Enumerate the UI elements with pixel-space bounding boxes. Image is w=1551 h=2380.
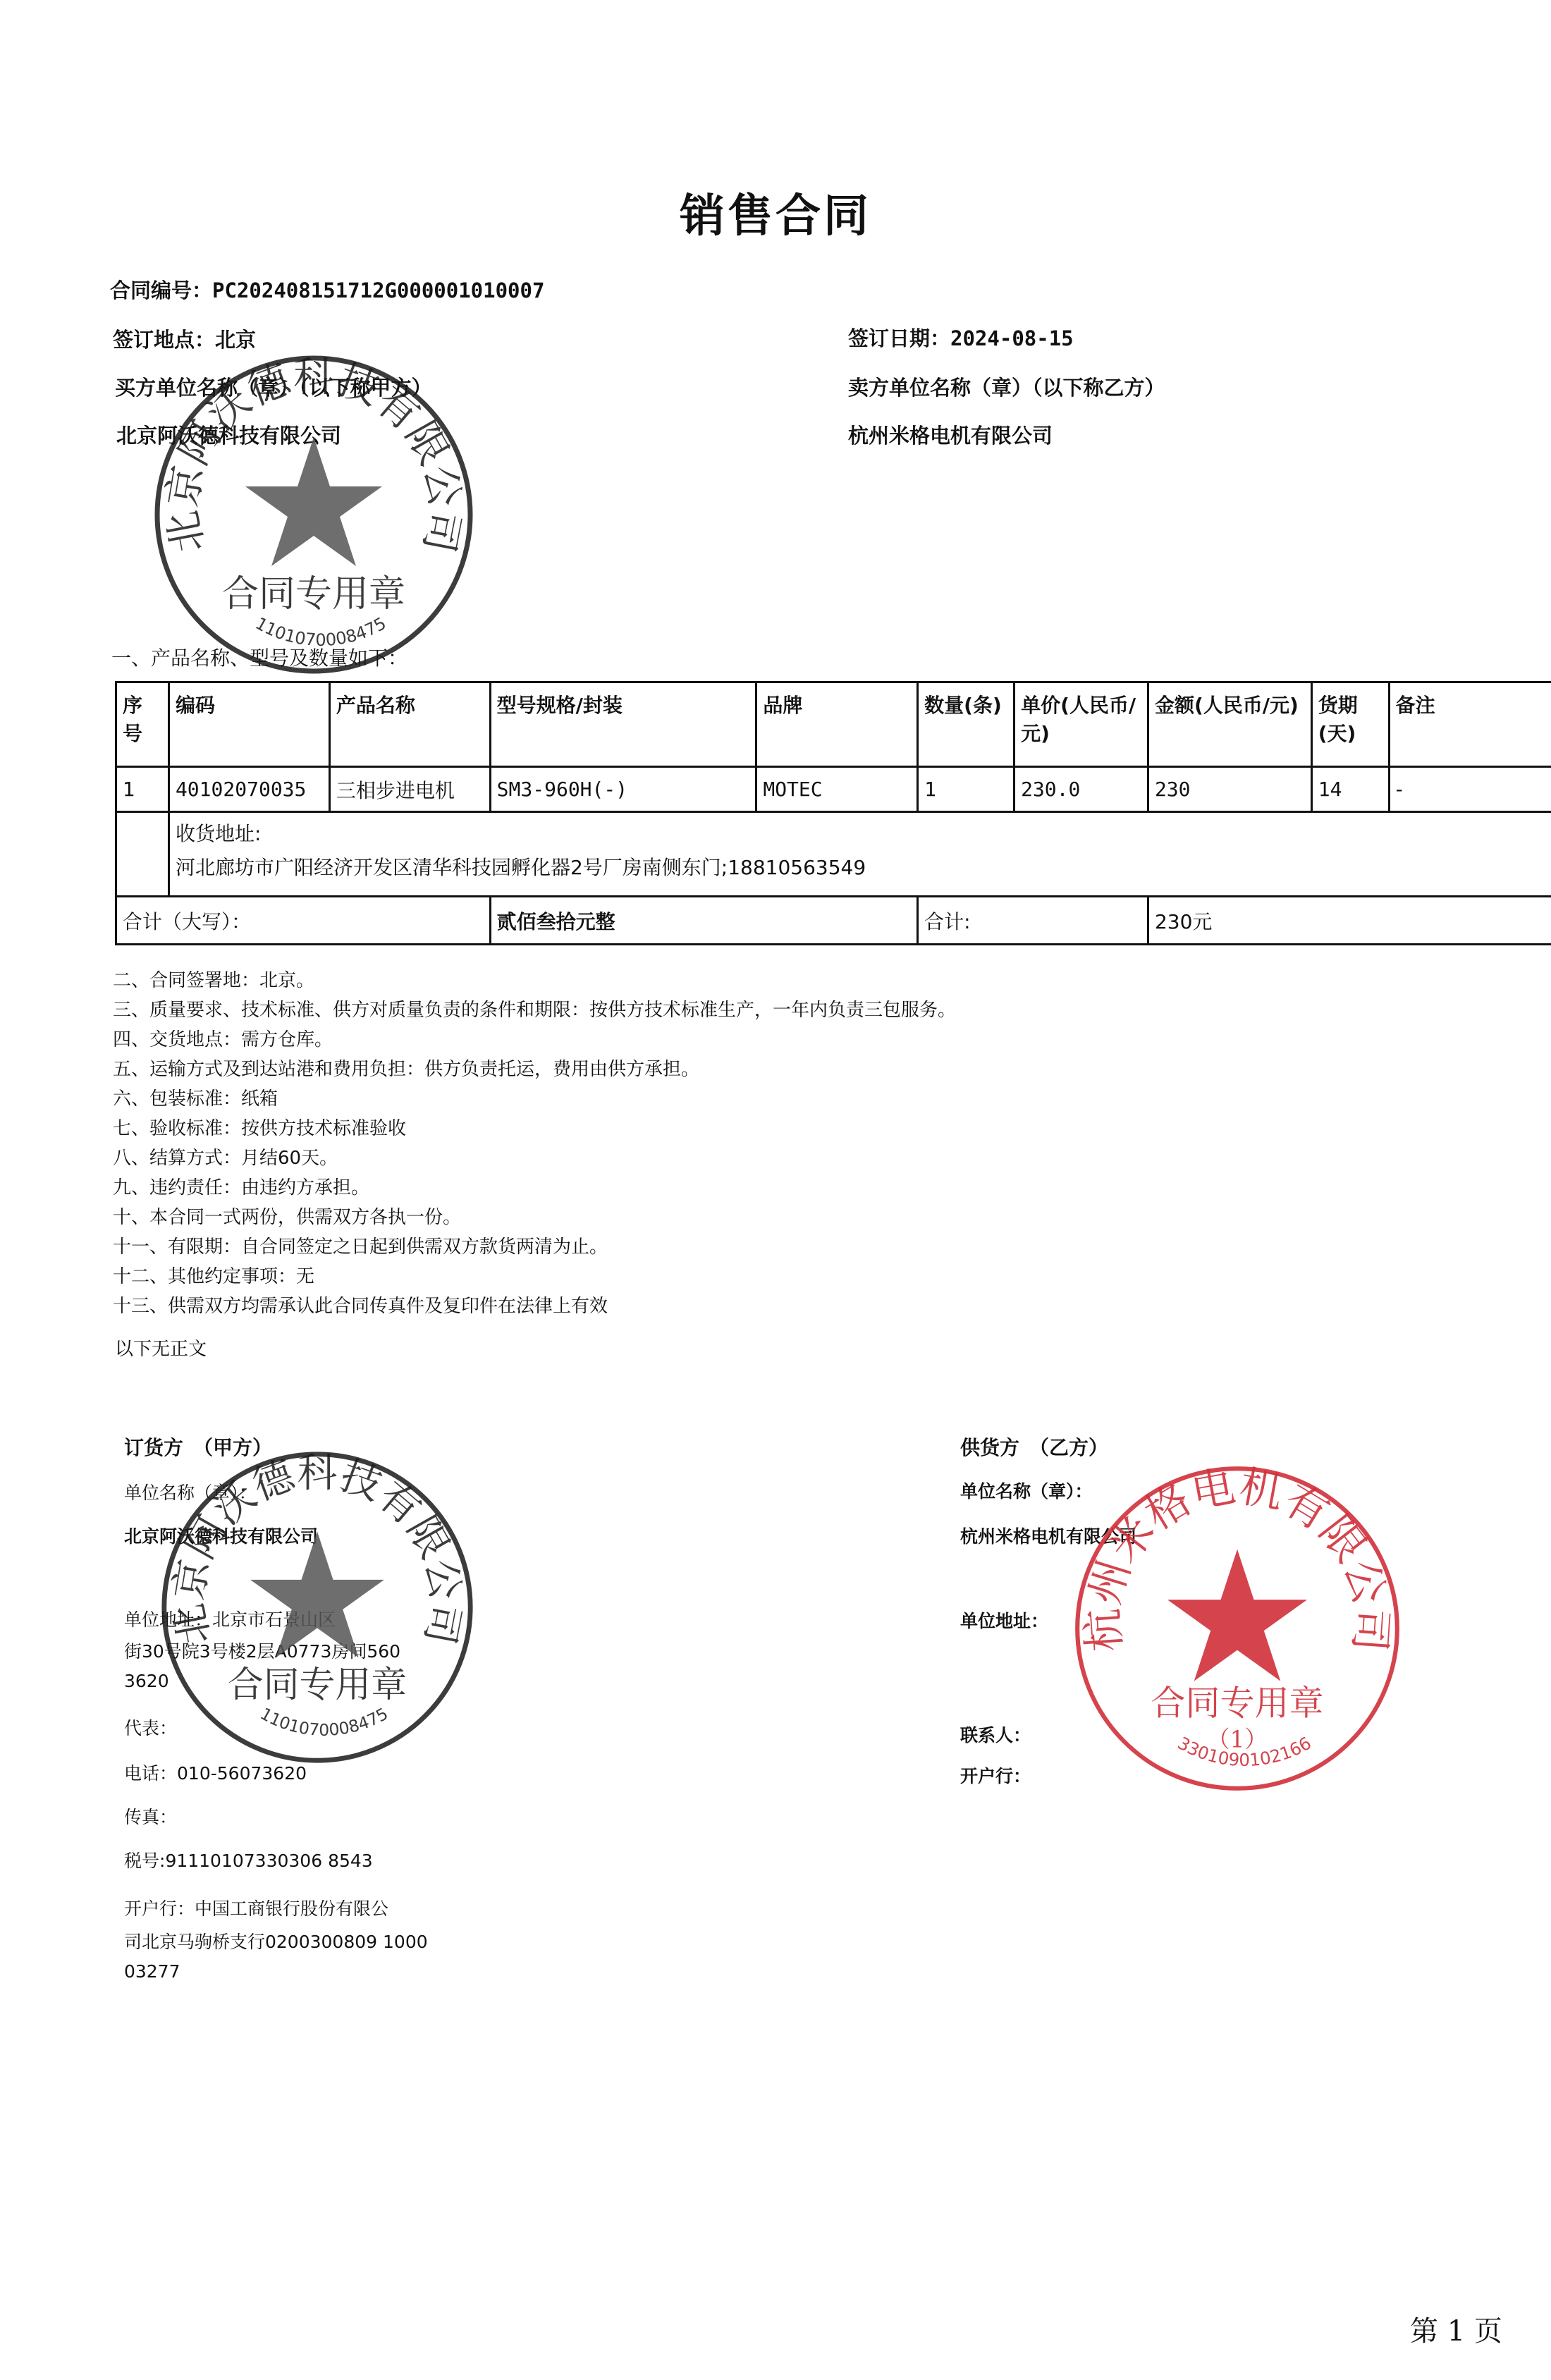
cell-brand: MOTEC xyxy=(756,767,918,812)
svg-text:合同专用章: 合同专用章 xyxy=(228,1664,407,1705)
delivery-address-row: 收货地址: 河北廊坊市广阳经济开发区清华科技园孵化器2号厂房南侧东门;18810… xyxy=(116,812,1551,897)
signing-place-label: 签订地点： xyxy=(113,328,215,352)
signing-date-label: 签订日期： xyxy=(848,326,950,350)
clause-10: 十、本合同一式两份，供需双方各执一份。 xyxy=(113,1203,956,1232)
contract-number: 合同编号：PC20240815171​2G000001010007 xyxy=(110,275,544,304)
signing-date-value: 2024-08-15 xyxy=(950,326,1074,350)
buyer-company-seal-top: 北京阿沃德科技有限公司 合同专用章 1101070008475 xyxy=(152,352,476,677)
svg-text:1101070008475: 1101070008475 xyxy=(252,613,390,650)
header-model: 型号规格/封装 xyxy=(490,682,756,767)
clause-3: 三、质量要求、技术标准、供方对质量负责的条件和期限：按供方技术标准生产，一年内负… xyxy=(113,995,956,1025)
clauses-list: 二、合同签署地：北京。 三、质量要求、技术标准、供方对质量负责的条件和期限：按供… xyxy=(113,966,956,1321)
address-spacer xyxy=(116,812,169,897)
header-lead-time: 货期(天) xyxy=(1311,682,1389,767)
svg-text:合同专用章: 合同专用章 xyxy=(222,573,405,615)
clause-13: 十三、供需双方均需承认此合同传真件及复印件在法律上有效 xyxy=(113,1292,956,1321)
clause-6: 六、包装标准：纸箱 xyxy=(113,1084,956,1114)
clause-7: 七、验收标准：按供方技术标准验收 xyxy=(113,1114,956,1143)
star-icon xyxy=(1167,1550,1307,1681)
clause-8: 八、结算方式：月结60天。 xyxy=(113,1143,956,1173)
clause-5: 五、运输方式及到达站港和费用负担：供方负责托运，费用由供方承担。 xyxy=(113,1055,956,1084)
signing-place-value: 北京 xyxy=(215,328,256,352)
buyer-fax-label: 传真： xyxy=(124,1803,177,1829)
seller-company-seal: 杭州米格电机有限公司 合同专用章 （1） 3301090102166 xyxy=(1072,1463,1403,1794)
header-product-name: 产品名称 xyxy=(329,682,490,767)
seller-party-heading: 供货方 （乙方） xyxy=(960,1433,1108,1461)
delivery-address-label: 收货地址: xyxy=(176,817,1545,851)
clause-9: 九、违约责任：由违约方承担。 xyxy=(113,1173,956,1203)
header-index: 序号 xyxy=(116,682,169,767)
seller-contact-label: 联系人： xyxy=(960,1722,1031,1747)
contract-number-value: PC20240815171​2G000001010007 xyxy=(212,278,544,302)
contract-number-label: 合同编号： xyxy=(110,278,212,302)
header-brand: 品牌 xyxy=(756,682,918,767)
header-unit-price: 单价(人民币/元) xyxy=(1014,682,1148,767)
clause-2: 二、合同签署地：北京。 xyxy=(113,966,956,995)
table-row: 1 40102070035 三相步进电机 SM3-960H(-) MOTEC 1… xyxy=(116,767,1551,812)
header-quantity: 数量(条) xyxy=(918,682,1014,767)
star-icon xyxy=(245,437,382,566)
seal-icon: 北京阿沃德科技有限公司 合同专用章 1101070008475 xyxy=(159,1449,476,1766)
header-remark: 备注 xyxy=(1389,682,1551,767)
header-amount: 金额(人民币/元) xyxy=(1148,682,1311,767)
clause-11: 十一、有限期：自合同签定之日起到供需双方款货两清为止。 xyxy=(113,1232,956,1262)
star-icon xyxy=(250,1531,384,1657)
seller-name: 杭州米格电机有限公司 xyxy=(848,420,1053,449)
table-header-row: 序号 编码 产品名称 型号规格/封装 品牌 数量(条) 单价(人民币/元) 金额… xyxy=(116,682,1551,767)
cell-unit-price: 230.0 xyxy=(1014,767,1148,812)
product-table: 序号 编码 产品名称 型号规格/封装 品牌 数量(条) 单价(人民币/元) 金额… xyxy=(115,681,1551,945)
signing-date: 签订日期：2024-08-15 xyxy=(848,323,1074,352)
cell-index: 1 xyxy=(116,767,169,812)
header-code: 编码 xyxy=(168,682,329,767)
buyer-bank-line1: 开户行：中国工商银行股份有限公 xyxy=(124,1895,388,1920)
delivery-address-value: 河北廊坊市广阳经济开发区清华科技园孵化器2号厂房南侧东门;18810563549 xyxy=(176,851,1545,885)
seal-icon: 北京阿沃德科技有限公司 合同专用章 1101070008475 xyxy=(152,352,476,677)
cell-quantity: 1 xyxy=(918,767,1014,812)
total-value: 230元 xyxy=(1148,897,1551,945)
seller-bank-label: 开户行： xyxy=(960,1762,1031,1788)
cell-remark: - xyxy=(1389,767,1551,812)
seller-address-label: 单位地址： xyxy=(960,1607,1048,1633)
buyer-bank-line3: 03277 xyxy=(124,1961,180,1982)
seller-label: 卖方单位名称（章）（以下称乙方） xyxy=(848,372,1165,401)
signing-place: 签订地点：北京 xyxy=(113,324,256,353)
total-row: 合计（大写）： 贰佰叁拾元整 合计: 230元 xyxy=(116,897,1551,945)
buyer-tax-id: 税号:91110107330306 8543 xyxy=(124,1847,373,1872)
seal-icon: 杭州米格电机有限公司 合同专用章 （1） 3301090102166 xyxy=(1072,1463,1403,1794)
buyer-company-seal-bottom: 北京阿沃德科技有限公司 合同专用章 1101070008475 xyxy=(159,1449,476,1766)
cell-product-name: 三相步进电机 xyxy=(329,767,490,812)
total-capital-label: 合计（大写）： xyxy=(116,897,491,945)
svg-text:合同专用章: 合同专用章 xyxy=(1151,1683,1323,1724)
cell-model: SM3-960H(-) xyxy=(490,767,756,812)
end-note: 以下无正文 xyxy=(115,1335,207,1361)
cell-code: 40102070035 xyxy=(168,767,329,812)
document-title: 销售合同 xyxy=(0,180,1551,245)
buyer-bank-line2: 司北京马驹桥支行0200300809 1000 xyxy=(124,1928,428,1953)
cell-lead-time: 14 xyxy=(1311,767,1389,812)
cell-amount: 230 xyxy=(1148,767,1311,812)
delivery-address-cell: 收货地址: 河北廊坊市广阳经济开发区清华科技园孵化器2号厂房南侧东门;18810… xyxy=(168,812,1551,897)
clause-4: 四、交货地点：需方仓库。 xyxy=(113,1025,956,1055)
clause-12: 十二、其他约定事项：无 xyxy=(113,1262,956,1292)
total-capital-value: 贰佰叁拾元整 xyxy=(490,897,918,945)
svg-text:1101070008475: 1101070008475 xyxy=(257,1704,391,1740)
total-label: 合计: xyxy=(918,897,1148,945)
page-number: 第 1 页 xyxy=(1410,2309,1502,2349)
